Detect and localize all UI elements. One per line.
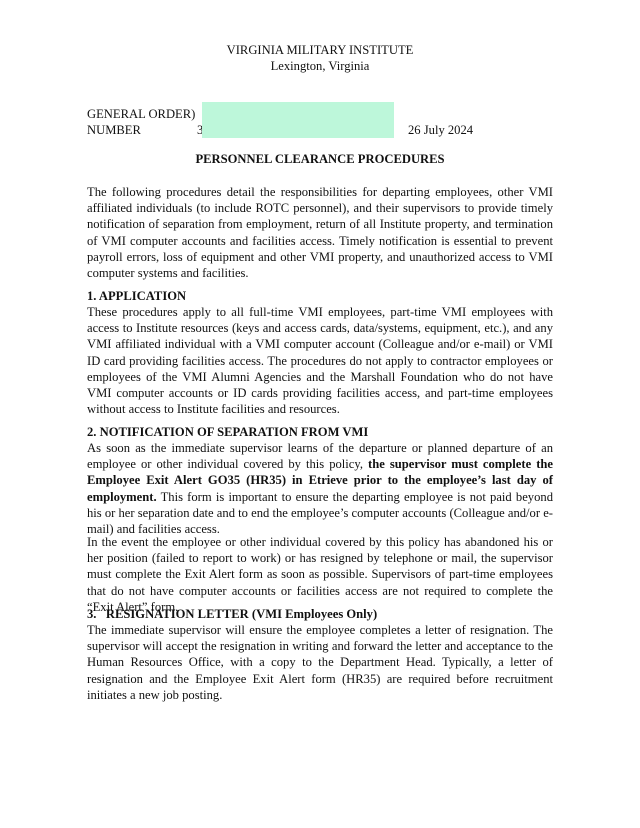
institution-location: Lexington, Virginia bbox=[0, 58, 640, 74]
section-3-heading: 3. RESIGNATION LETTER (VMI Employees Onl… bbox=[87, 606, 377, 622]
order-date: 26 July 2024 bbox=[408, 122, 473, 138]
general-order-label: GENERAL ORDER) bbox=[87, 106, 195, 122]
intro-paragraph: The following procedures detail the resp… bbox=[87, 184, 553, 281]
document-title: PERSONNEL CLEARANCE PROCEDURES bbox=[0, 151, 640, 167]
order-number-label: NUMBER bbox=[87, 122, 197, 138]
institution-name: VIRGINIA MILITARY INSTITUTE bbox=[0, 42, 640, 58]
redaction-box bbox=[202, 102, 394, 138]
section-2-body-2: In the event the employee or other indiv… bbox=[87, 534, 553, 615]
section-1-heading: 1. APPLICATION bbox=[87, 288, 186, 304]
section-2-body: As soon as the immediate supervisor lear… bbox=[87, 440, 553, 537]
section-3-body: The immediate supervisor will ensure the… bbox=[87, 622, 553, 703]
section-2-heading: 2. NOTIFICATION OF SEPARATION FROM VMI bbox=[87, 424, 368, 440]
section-2-body-post: This form is important to ensure the dep… bbox=[87, 490, 553, 536]
order-number-line: NUMBER35) bbox=[87, 122, 214, 138]
section-1-body: These procedures apply to all full-time … bbox=[87, 304, 553, 417]
